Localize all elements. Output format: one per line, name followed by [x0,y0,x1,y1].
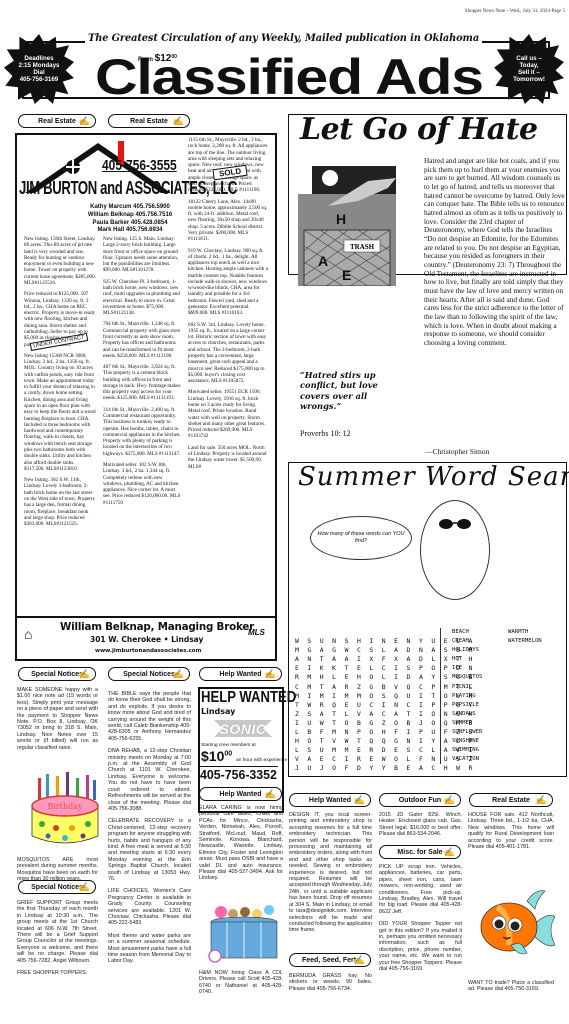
pen-icon: ✍ [79,882,90,893]
listing: New listing. 150th Street, Lindsay. 80 a… [24,236,96,286]
listing: 704 6th St., Maysville. 1,248 sq. ft. Co… [103,321,181,359]
notice: LIFE CHOICES, Women's Care Pregnancy Cen… [108,888,191,926]
section-label: Special Notices [31,671,83,678]
word: SANDALS [452,710,482,719]
pen-icon: ✍ [354,795,365,806]
grid-row: R M H L E H O L I D A Y S G B [295,673,475,682]
notice: DESIGN IT, you local screen-printing and… [289,812,372,934]
listing: New listing. 302 S.W. 11th, Lindsay. Lov… [24,477,96,527]
section-label: Outdoor Fun [399,797,441,804]
outdoor-fun-notice: 2015 JD Gator 825i. Winch. Heater. Enclo… [379,812,462,844]
word-list-2: WARMTHWATERMELON [508,628,542,646]
section-label: Real Estate [130,118,168,125]
section-label: Special Notices [31,884,83,891]
notice: MAKE SOMEONE happy with a $1.00 nice not… [17,687,98,751]
word: BEACH [452,628,482,637]
burst-line: 2:15 Mondays [19,62,60,69]
grid-row: J U J O F D Y Y B E A C H W R [295,764,475,773]
burst-line: Deadlines [24,55,53,62]
pen-icon: ✍ [265,669,276,680]
article-title: Let Go of Hate [300,112,538,147]
listing: 18122 Cherry Lane, Alex. 14x80 mobile ho… [188,199,268,243]
hm-notice: H&M NOW hiring Class A CDL Drivers. Plea… [199,970,283,1002]
section-label: Real Estate [492,797,530,804]
section-header-feed-seed: Feed, Seed, Fert.✍ [289,953,371,967]
pen-icon: ✍ [79,116,90,127]
wage: $1000 an hour with experience [201,748,287,764]
notice: MOSQUITOS ARE most prevalent during summ… [17,857,98,883]
notice: ELARA CARING is now hiring personal care… [199,805,283,882]
grid-row: H O T V W T Q Q G N I Y A L P [295,737,475,746]
word: CREAM [452,637,482,646]
listing-column-3: 1115 6th St., Maysville. 2 bd., 2 ba., r… [188,137,268,475]
grid-row: I U W T O B G Z O B J O Q M B [295,719,475,728]
quote-reference: Proverbs 10: 12 [300,429,351,438]
trash-label: TRASH [350,243,375,251]
pen-icon: ✍ [173,669,184,680]
section-header-help-wanted: Help Wanted✍ [289,793,371,807]
listing: 925 W. Cherokee Pl. 2-bedroom, 1-bath br… [103,279,181,317]
section-label: Help Wanted [219,671,261,678]
listing: 602 S.W. 3rd, Lindsay. Lovely home. 1935… [188,322,268,385]
listing: 1115 6th St., Maysville. 2 bd., 2 ba., r… [188,137,268,194]
section-header-special-notices: Special Notices✍ [108,667,190,681]
listing-column-1: New listing. 150th Street, Lindsay. 80 a… [24,236,96,532]
word: WATERMELON [508,637,542,646]
section-label: Help Wanted [219,791,261,798]
word: SWIMMING [452,746,482,755]
section-header-real-estate: Real Estate✍ [469,793,553,807]
help-wanted-city: Lindsay [201,707,235,716]
wage-cents: 00 [224,750,232,757]
wage-dollars: $10 [201,748,224,764]
grid-row: Z S A T L V A C A T I O N O M [295,710,475,719]
listing: Motivated seller. 102 S.W. 8th, Lindsay.… [103,462,181,506]
grid-row: M G A G W C S L A D N A S S M [295,646,475,655]
svg-text:H: H [336,211,346,227]
burst-line: Today, [519,62,538,69]
grid-row: W S U N S H I N E N Y U E L A [295,637,475,646]
pen-icon: ✍ [79,669,90,680]
word: POPSICLE [452,701,482,710]
notice: CELEBRATE RECOVERY is a Christ-centered,… [108,818,191,882]
section-header-real-estate: Real Estate✍ [18,114,96,128]
pen-icon: ✍ [354,955,365,966]
word-search-grid: W S U N S H I N E N Y U E L AM G A G W C… [295,628,475,783]
section-header-real-estate: Real Estate✍ [108,114,190,128]
notice: DNA REHAB, a 12-step Christian ministry … [108,748,191,812]
wage-note2: with experience [254,758,287,763]
word: PICNIC [452,683,482,692]
listing: 407 6th St., Maysville. 3,924 sq. ft. Th… [103,364,181,402]
pen-icon: ✍ [444,795,455,806]
word: HOT [452,655,482,664]
notice: 2015 JD Gator 825i. Winch. Heater. Enclo… [379,812,462,838]
misc-for-sale-column: PICK UP scrap iron. Vehicles, appliances… [379,864,462,979]
grid-row: L B F M N P O H F I P U F Z S [295,728,475,737]
broker-url[interactable]: www.jimburtonandassociates.com [95,648,201,654]
listing: New listing. 125 S. Main, Lindsay. Large… [103,236,181,274]
design-it-notice: DESIGN IT, you local screen-printing and… [289,812,372,940]
word: WARMTH [508,628,542,637]
article-quote: “Hatred stirs up conflict, but love cove… [300,370,400,411]
burst-line: Sell it – [518,69,540,76]
notice: FREE SHOPPER TOPPERS. [17,970,98,976]
notice: PICK UP scrap iron. Vehicles, appliances… [379,864,462,915]
feed-seed-notice: BERMUDA GRASS hay. No stickers or weeds.… [289,973,372,998]
wage-note: an hour with experience [236,758,287,763]
pool-kids-icon [207,900,281,965]
notice: H&M NOW hiring Class A CDL Drivers. Plea… [199,970,283,996]
pen-icon: ✍ [265,789,276,800]
want-to-trade-notice: WANT TO trade? Place a classified ad. Pl… [468,980,554,999]
word: SUMMER [452,719,482,728]
listing: New listing 15368 NCR 3060, Lindsay. 3 b… [24,353,96,472]
word-list-1: BEACHCREAMHOLIDAYSHOTICEMOSQUITOSPICNICP… [452,628,482,764]
cake-text: Birthday [47,802,83,811]
masthead-title: Classified Ads [95,52,483,102]
section-header-outdoor-fun: Outdoor Fun✍ [379,793,461,807]
real-estate-column-3: HOUSE FOR sale. 412 Northcutt, Lindsay. … [468,812,554,856]
sun-icon [420,500,490,600]
section-label: Feed, Seed, Fert. [302,957,358,964]
listing: Land for sale. 350 acres MOL. North of L… [188,445,268,470]
section-header-help-wanted: Help Wanted✍ [199,787,282,801]
window-icon [66,160,80,174]
word-list-divider [440,628,441,764]
word: SUNFLOWER [452,728,482,737]
section-label: Real Estate [38,118,76,125]
pen-icon: ✍ [536,795,547,806]
notice: BERMUDA GRASS hay. No stickers or weeds.… [289,973,372,992]
svg-text:A: A [318,253,328,269]
page-header: Shopper News Note – Wed., July 31, 2024-… [465,9,565,14]
grid-row: M I M I M M O S Q U I T O S R [295,692,475,701]
sunglasses-icon [438,518,472,530]
notice: WANT TO trade? Place a classified ad. Pl… [468,980,554,993]
word: MOSQUITOS [452,673,482,682]
word: VACATION [452,755,482,764]
masthead-tagline: The Greatest Circulation of any Weekly, … [85,33,482,44]
section-header-special-notices: Special Notices✍ [18,880,96,894]
pen-icon: ✍ [173,116,184,127]
help-wanted-column: ELARA CARING is now hiring personal care… [199,805,283,888]
burst-line: Call us – [516,55,541,62]
hate-trash-illustration: H TRASH A E [298,166,396,286]
help-wanted-phone: 405-756-3352 [200,766,278,782]
listing: 314 6th St., Maysville. 2,400 sq. ft. Co… [103,407,181,457]
listing-column-2: New listing. 125 S. Main, Lindsay. Large… [103,236,181,511]
grid-row: V A E C I R E W O L F N U S Z [295,755,475,764]
grid-row: E I K K T E L C I S P O P D N [295,664,475,673]
word-search-title: Summer Word Search [298,462,569,492]
section-label: Help Wanted [309,797,351,804]
article-body: Hatred and anger are like hot coals, and… [424,157,566,348]
section-label: Special Notices [123,671,175,678]
mls-logo: MLS [248,628,265,637]
speech-bubble: How many of these words can YOU find? [310,516,412,560]
birthday-cake-icon: Birthday [28,770,102,850]
article-author: —Christopher Simon [425,447,489,456]
section-header-help-wanted: Help Wanted✍ [199,667,282,681]
goldfish-icon [477,883,557,963]
special-notices-column-2: THE BIBLE says the people that do know t… [108,691,191,971]
notice: GRIEF SUPPORT Group meets the first Thur… [17,900,98,964]
listing: Motivated seller. 19551 ECR 1500, Lindsa… [188,389,268,439]
broker-address: 301 W. Cherokee • Lindsay [90,635,203,644]
grid-row: L S U M M E R D E S C L A V I [295,746,475,755]
notice: DID YOUR Shopper Topper not get in this … [379,921,462,972]
burst-phone: 405-756-3169 [20,76,59,83]
realtor-phone: 405-756-3555 [102,157,177,174]
section-label: Misc. for Sale [397,849,442,856]
word: PLAYING [452,692,482,701]
notice: HOUSE FOR sale. 412 Northcutt, Lindsay. … [468,812,554,850]
broker-name: William Belknap, Managing Broker [60,621,254,633]
help-wanted-title: HELP WANTED [201,689,296,707]
equal-housing-icon: ⌂ [24,628,32,644]
grid-row: T W R Q E U C I N C I P P G Y [295,701,475,710]
svg-text:E: E [342,267,351,283]
grid-row: C M T A R Z G B V Q C P M T L [295,683,475,692]
pen-icon: ✍ [444,847,455,858]
burst-line: Dial [33,69,44,76]
word: HOLIDAYS [452,646,482,655]
wage-note1: an hour [236,758,252,763]
section-header-special-notices: Special Notices✍ [18,667,96,681]
section-header-misc-for-sale: Misc. for Sale✍ [379,845,461,859]
notice: THE BIBLE says the people that do know t… [108,691,191,742]
listing: 919 W. Choctaw, Lindsay. 900 sq. ft. of … [188,248,268,317]
word: ICE [452,664,482,673]
grid-row: A N T A A I X F X A D L X T H [295,655,475,664]
burst-line: Tomorrow! [513,76,545,83]
special-notices-column-1: MAKE SOMEONE happy with a $1.00 nice not… [17,687,98,757]
grief-notice: GRIEF SUPPORT Group meets the first Thur… [17,900,98,982]
word: SUNSHINE [452,737,482,746]
notice: Most theme and water parks are on a summ… [108,933,191,965]
